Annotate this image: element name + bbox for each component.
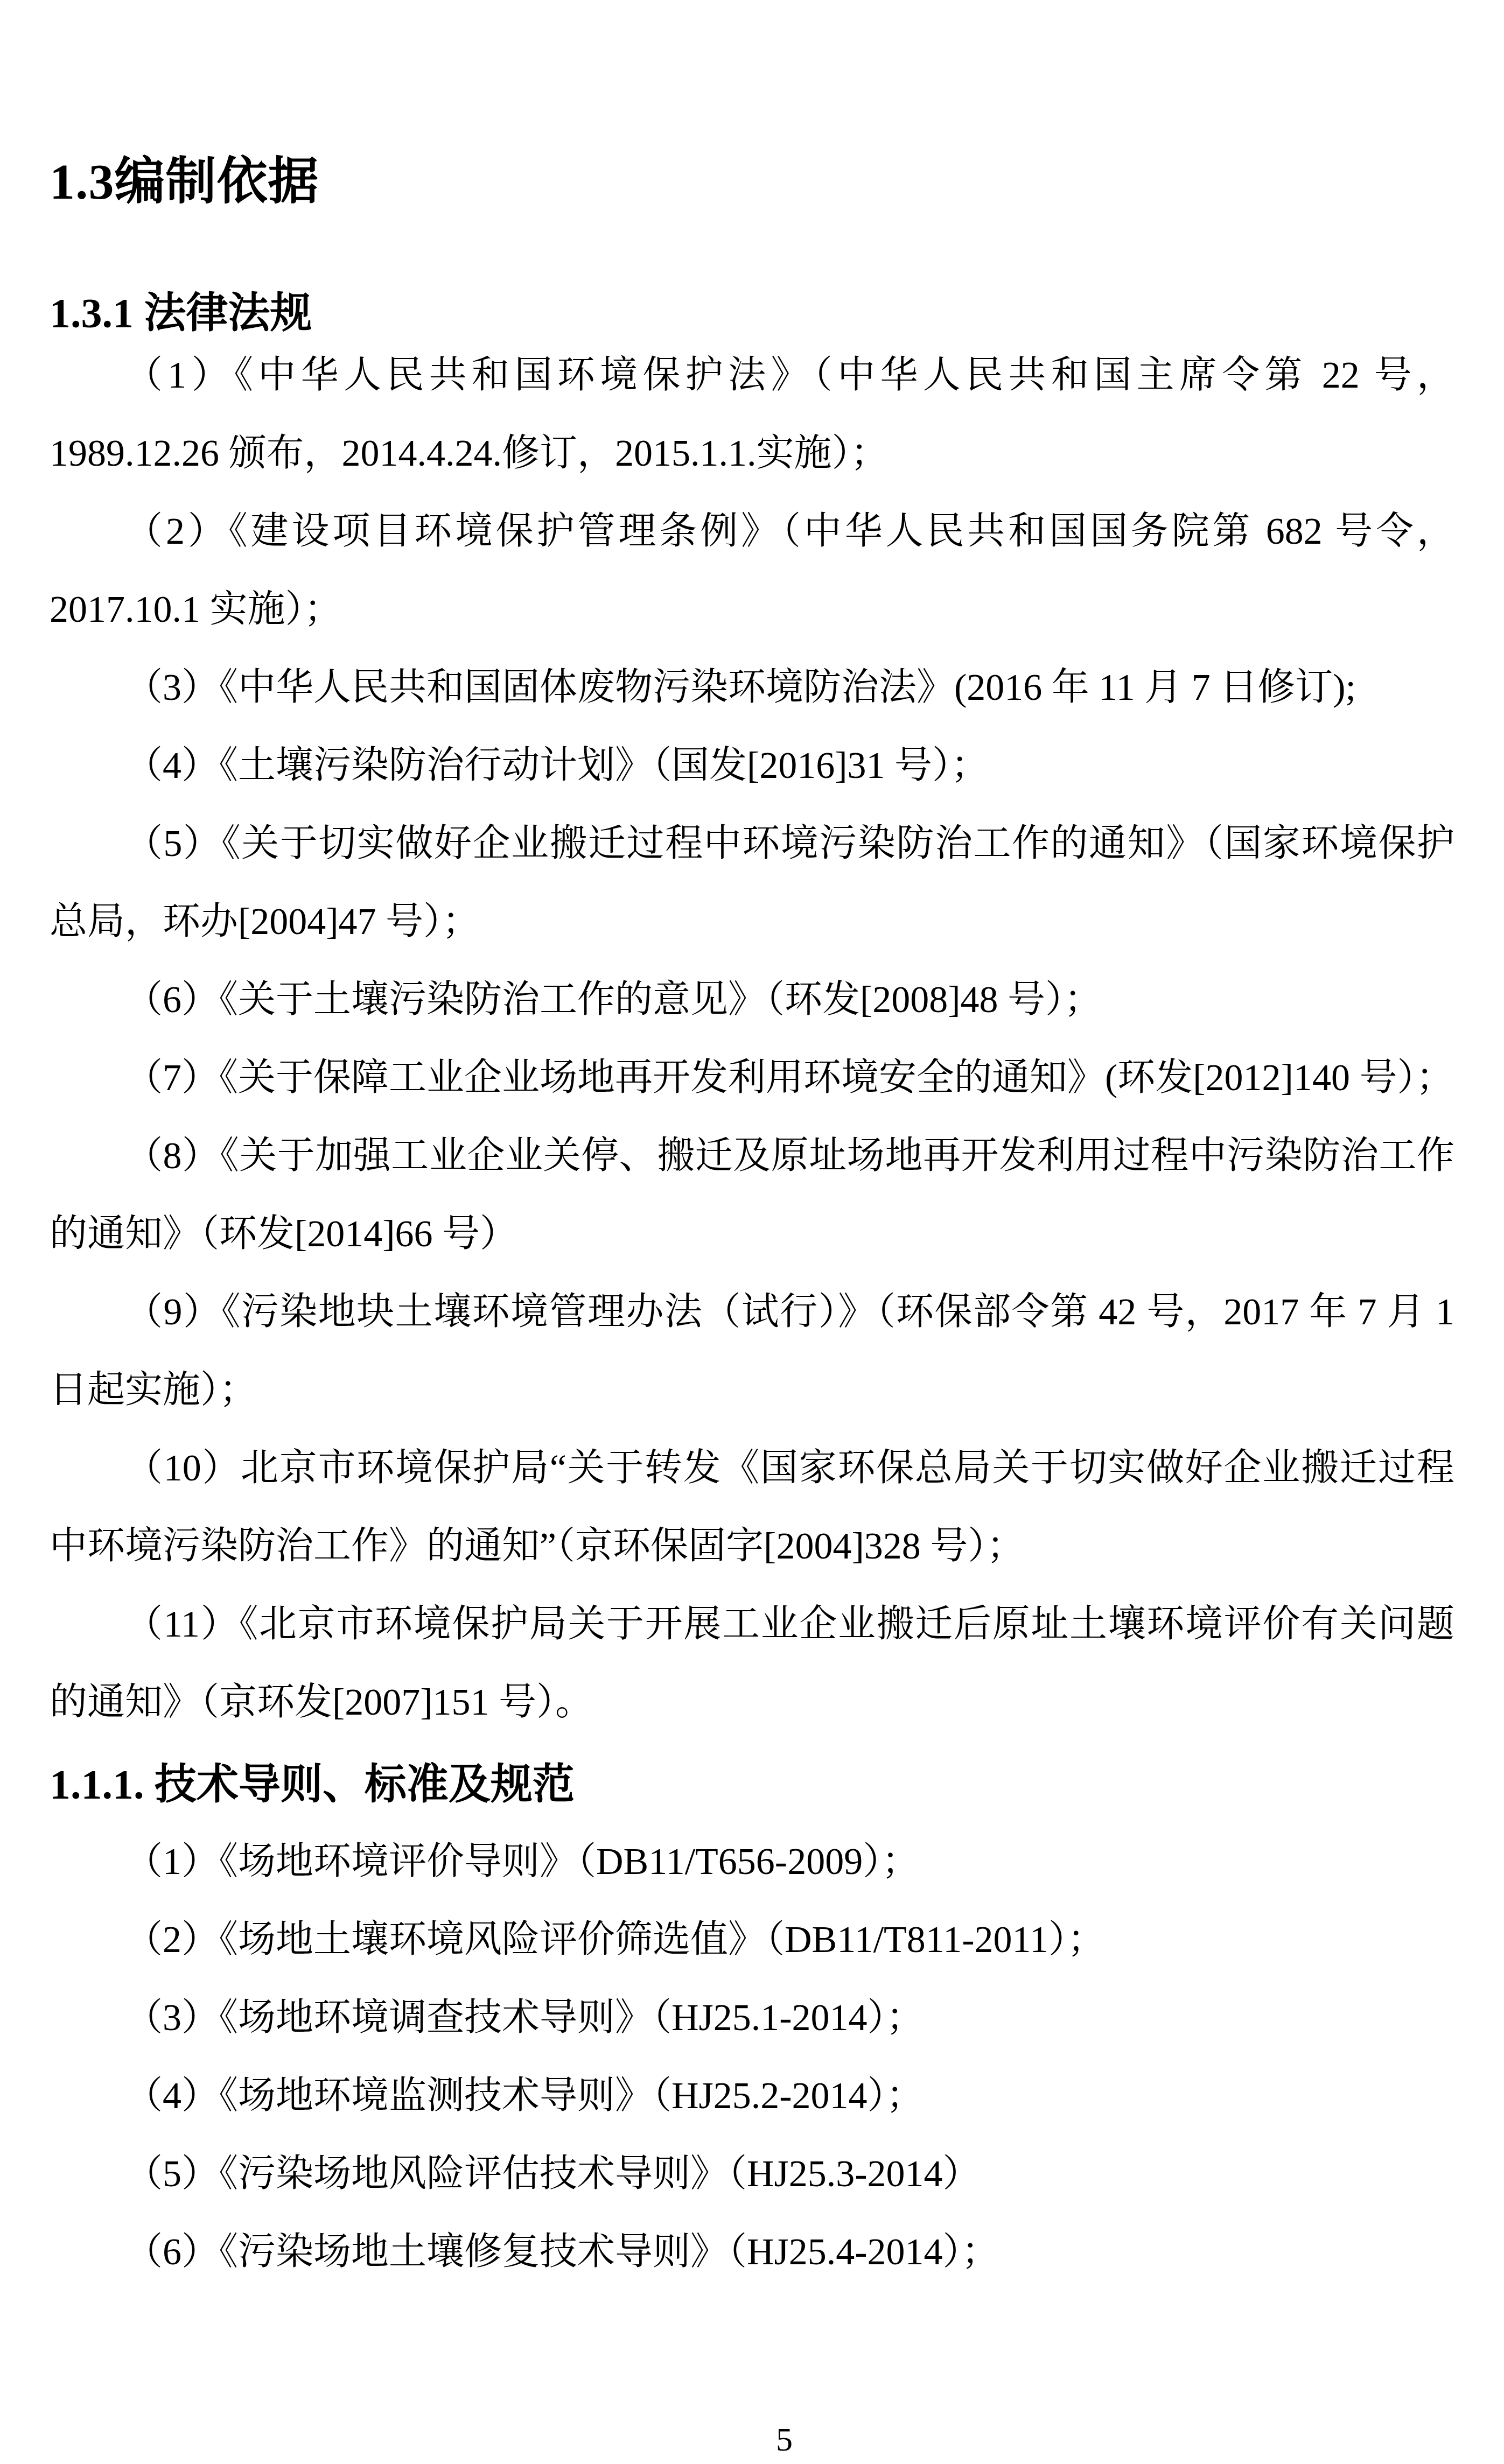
- law-item-9: （9）《污染地块土壤环境管理办法（试行）》（环保部令第 42 号，2017 年 …: [50, 1273, 1454, 1429]
- law-item-2: （2）《建设项目环境保护管理条例》（中华人民共和国国务院第 682 号令，201…: [50, 493, 1454, 649]
- standard-item-6: （6）《污染场地土壤修复技术导则》（HJ25.4-2014）；: [50, 2213, 1454, 2291]
- law-item-3: （3）《中华人民共和国固体废物污染环境防治法》(2016 年 11 月 7 日修…: [50, 649, 1454, 727]
- section-heading: 1.3编制依据: [50, 155, 1454, 210]
- subsection-heading-standards: 1.1.1. 技术导则、标准及规范: [50, 1761, 1454, 1808]
- standard-item-4: （4）《场地环境监测技术导则》（HJ25.2-2014）；: [50, 2057, 1454, 2135]
- subsection-heading-laws: 1.3.1 法律法规: [50, 290, 1454, 336]
- law-item-8: （8）《关于加强工业企业关停、搬迁及原址场地再开发利用过程中污染防治工作的通知》…: [50, 1117, 1454, 1273]
- law-item-1: （1）《中华人民共和国环境保护法》（中华人民共和国主席令第 22 号，1989.…: [50, 336, 1454, 493]
- standard-item-5: （5）《污染场地风险评估技术导则》（HJ25.3-2014）: [50, 2135, 1454, 2213]
- law-item-4: （4）《土壤污染防治行动计划》（国发[2016]31 号）；: [50, 727, 1454, 805]
- standard-item-1: （1）《场地环境评价导则》（DB11/T656-2009）；: [50, 1823, 1454, 1901]
- law-item-5: （5）《关于切实做好企业搬迁过程中环境污染防治工作的通知》（国家环境保护总局，环…: [50, 805, 1454, 961]
- law-item-10: （10）北京市环境保护局“关于转发《国家环保总局关于切实做好企业搬迁过程中环境污…: [50, 1429, 1454, 1585]
- law-item-7: （7）《关于保障工业企业场地再开发利用环境安全的通知》(环发[2012]140 …: [50, 1039, 1454, 1117]
- standard-item-3: （3）《场地环境调查技术导则》（HJ25.1-2014）；: [50, 1979, 1454, 2057]
- standard-item-2: （2）《场地土壤环境风险评价筛选值》（DB11/T811-2011）；: [50, 1901, 1454, 1979]
- page-number: 5: [0, 2423, 1504, 2456]
- law-item-11: （11）《北京市环境保护局关于开展工业企业搬迁后原址土壤环境评价有关问题的通知》…: [50, 1585, 1454, 1742]
- document-page: 1.3编制依据 1.3.1 法律法规 （1）《中华人民共和国环境保护法》（中华人…: [0, 0, 1504, 2464]
- law-item-6: （6）《关于土壤污染防治工作的意见》（环发[2008]48 号）；: [50, 961, 1454, 1039]
